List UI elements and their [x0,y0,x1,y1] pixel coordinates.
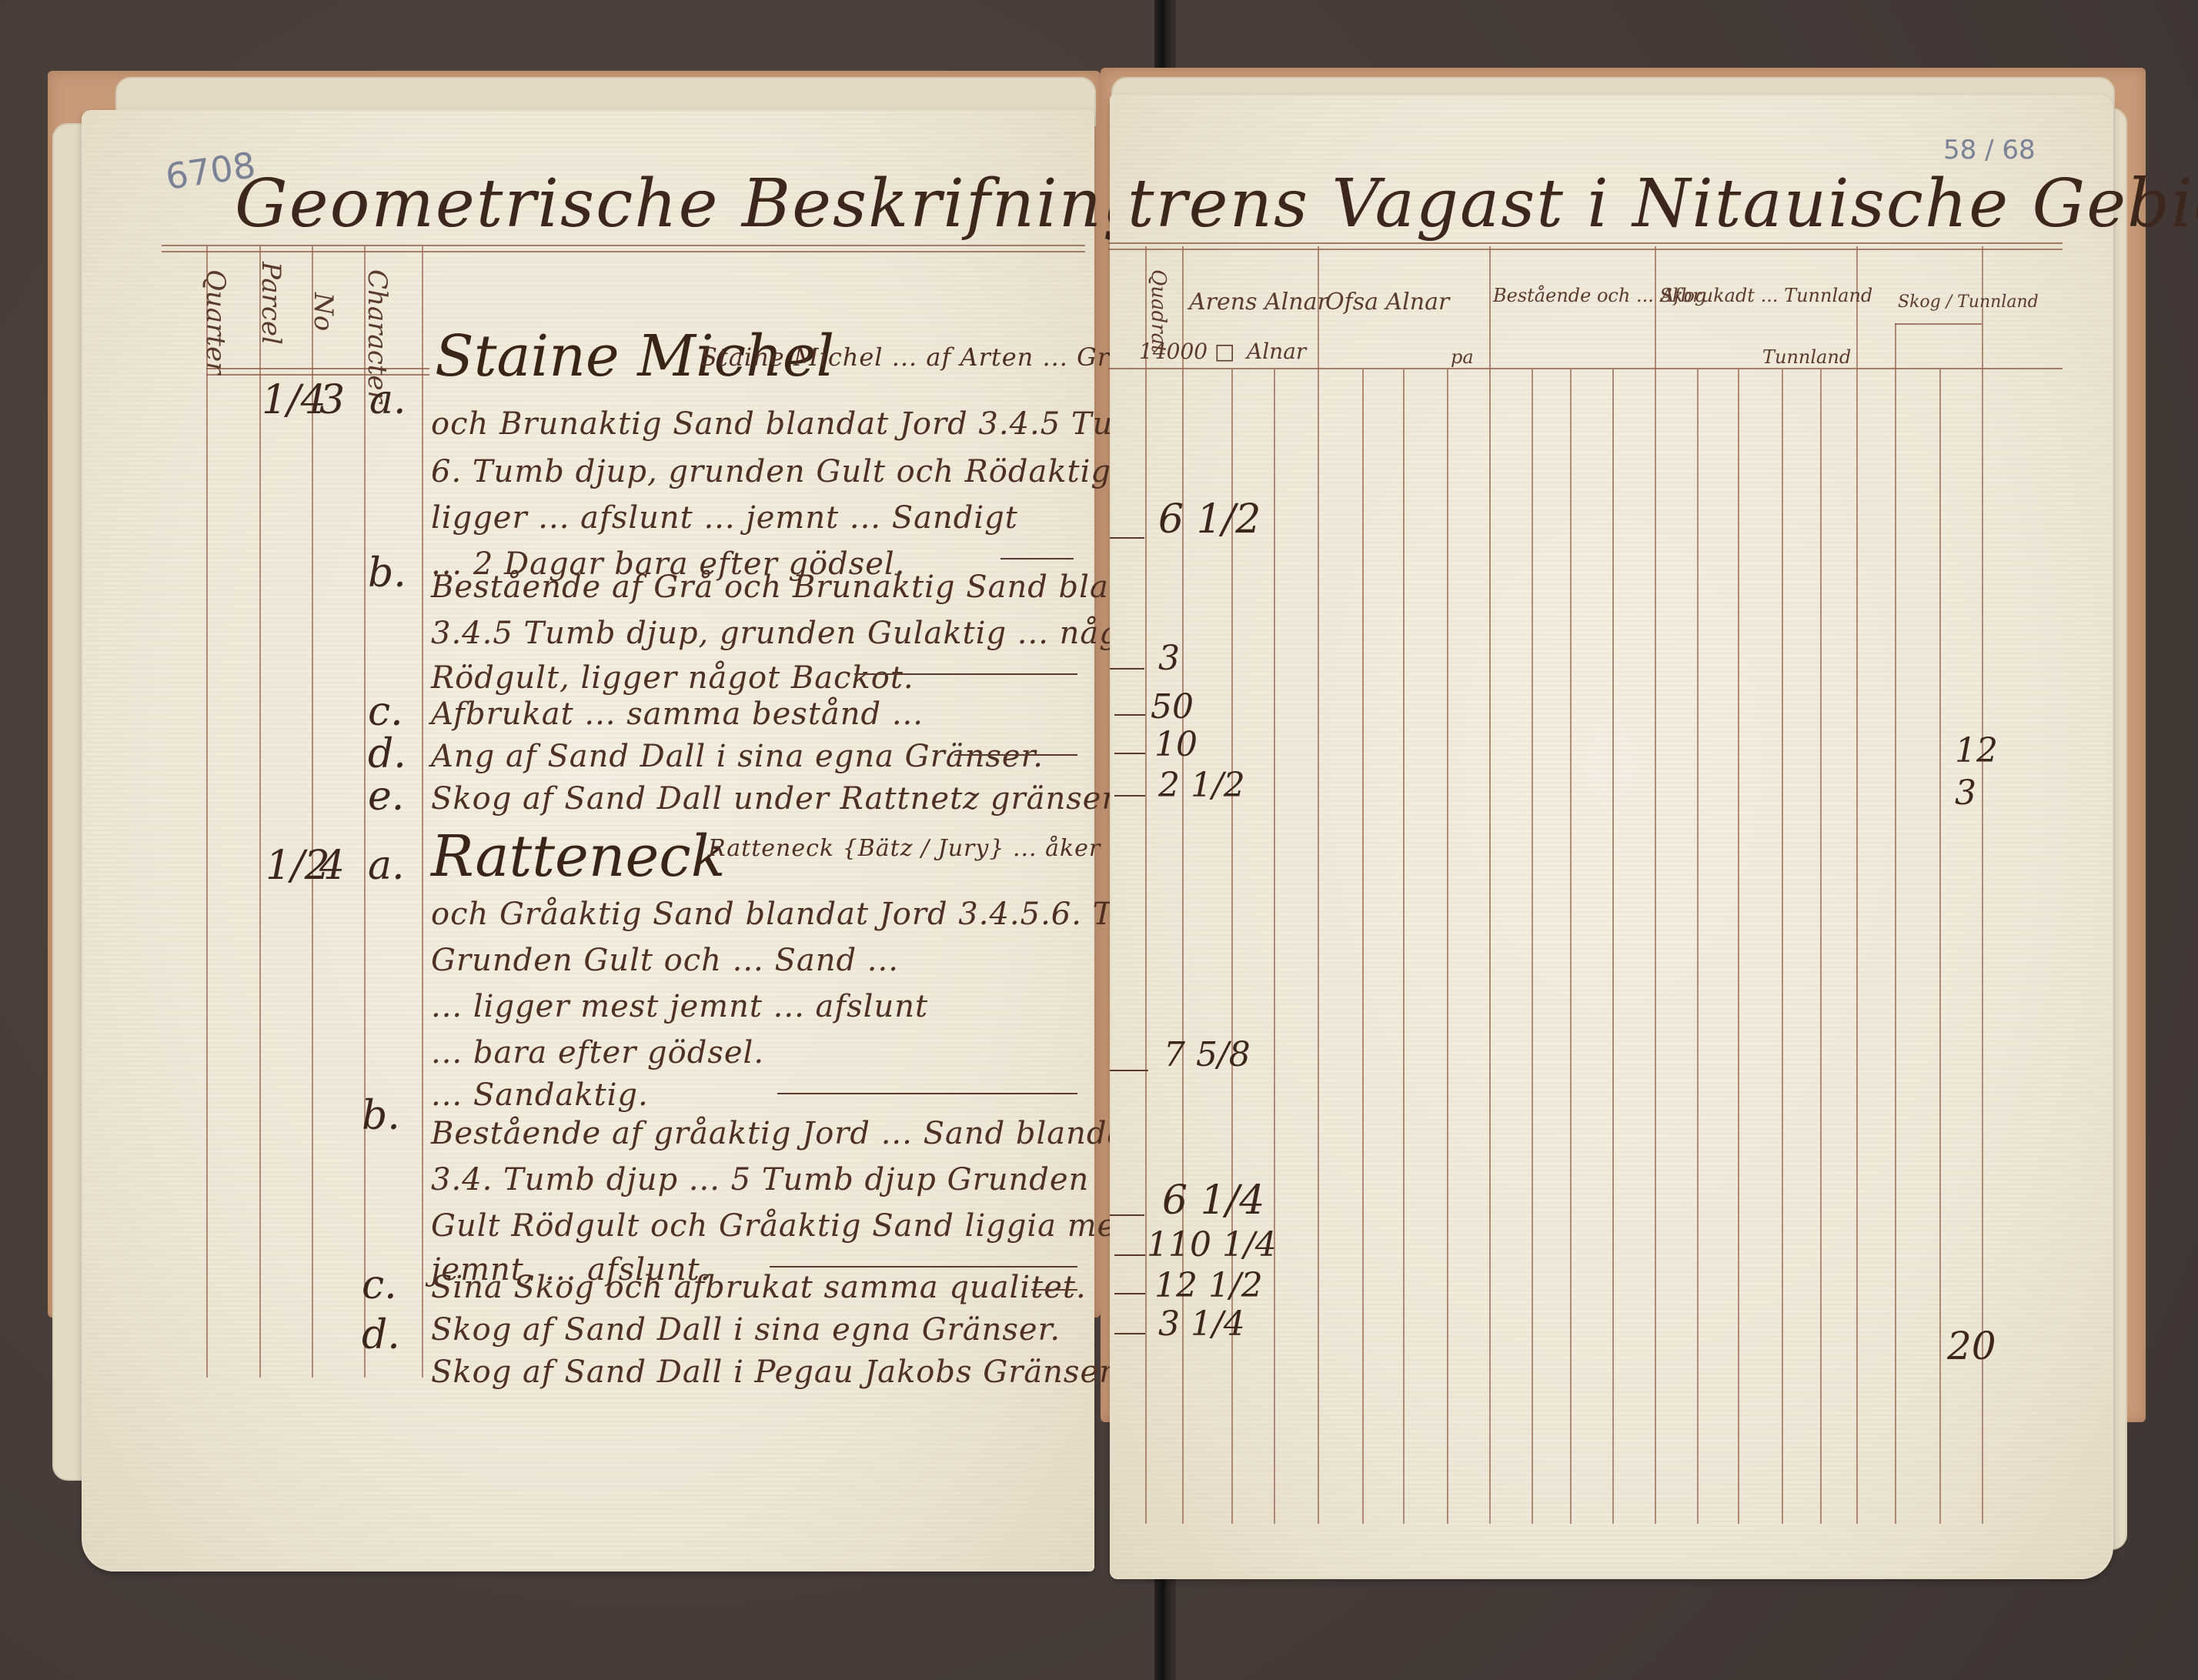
entry-line: Sina Skog och afbrukat samma qualitet. [431,1270,1087,1305]
area-value: 3 1/4 [1158,1304,1245,1344]
entry-letter: a. [369,377,406,423]
subheader-pa: pa [1451,346,1474,368]
col-header-no: No [308,292,339,331]
tick [1110,668,1144,670]
col-rule [1489,246,1491,1524]
col-rule [1403,369,1405,1524]
entry-line: ... ligger mest jemnt ... afslunt [431,989,928,1024]
col-rule [206,246,208,1378]
entry-line: Bestående af gråaktig Jord ... Sand blan… [431,1116,1139,1151]
entry-letter: c. [362,1262,397,1308]
line-filler [770,1266,1077,1268]
line-filler [1000,558,1074,559]
area-value: 6 1/2 [1158,496,1261,543]
area-value: 12 1/2 [1154,1266,1263,1305]
entry-letter: e. [368,773,404,820]
col-rule [259,246,261,1378]
col-rule [1570,369,1572,1524]
area-value: 10 [1154,725,1198,764]
col-rule [1612,369,1614,1524]
entry-line: Ratteneck {Bätz / Jury} ... åker ... [708,835,1133,862]
col-rule [1697,369,1699,1524]
col-rule [1820,369,1822,1524]
entry-line: ligger ... afslunt ... jemnt ... Sandigt [431,500,1018,536]
tick [1114,753,1145,754]
header-rule-left [206,374,429,376]
entry-letter: b. [362,1093,400,1139]
place-name: Ratteneck [431,823,726,890]
col-rule [1738,369,1739,1524]
col-rule [1895,323,1896,1524]
col-rule [422,246,423,1378]
entry-letter: b. [368,550,406,596]
area-value: 3 [1158,639,1180,678]
tick [1114,1293,1145,1294]
col-rule [1362,369,1364,1524]
header-rule-right [1108,368,2063,369]
col-header-arens-alnar: Arens Alnar [1189,289,1328,316]
col-rule [1939,369,1941,1524]
line-filler [1031,1289,1077,1291]
entry-number: 3 [319,377,345,423]
entry-line: 6. Tumb djup, grunden Gult och Rödaktig … [431,454,1204,489]
subheader-alnar: Alnar [1247,339,1306,364]
line-filler [954,754,1077,756]
entry-line: ... bara efter gödsel. [431,1035,764,1070]
entry-line: ... Sandaktig. [431,1077,649,1113]
header-rule-left [206,368,429,369]
subheader-quadrat-value: 14000 □ [1139,339,1234,364]
col-header-skog: Skog / Tunnland [1898,292,2039,312]
entry-line: 3.4. Tumb djup ... 5 Tumb djup Grunden [431,1162,1089,1197]
entry-line: Rödgult, ligger något Backot. [431,660,914,696]
entry-line: Ang af Sand Dall i sina egna Gränser. [431,739,1044,774]
col-rule [1231,369,1233,1524]
entry-line: Afbrukat ... samma bestånd ... [431,696,924,732]
col-header-parcel: Parcel [256,262,286,345]
tick [1114,795,1145,797]
entry-line: 3.4.5 Tumb djup, grunden Gulaktig ... nå… [431,616,1152,651]
entry-line: Grunden Gult och ... Sand ... [431,943,899,978]
entry-line: Gult Rödgult och Gråaktig Sand liggia me… [431,1208,1146,1244]
col-rule [1447,369,1448,1524]
area-value: 6 1/4 [1162,1177,1264,1224]
col-rule [1318,246,1319,1524]
col-rule [1532,369,1533,1524]
title-rule-left [162,245,1085,252]
col-rule [1856,246,1858,1524]
entry-line: Skog af Sand Dall under Rattnetz gränser… [431,781,1124,817]
skog-value: 12 [1955,731,1998,770]
tick [1114,714,1145,716]
entry-letter: d. [362,1312,400,1358]
col-rule [1274,369,1275,1524]
entry-line: Skog af Sand Dall i sina egna Gränser. [431,1312,1061,1348]
tick [1114,1333,1145,1334]
entry-line: Staine Michel ... af Arten ... Grå [700,342,1125,372]
entry-line: och Brunaktig Sand blandat Jord 3.4.5 Tu… [431,406,1143,442]
entry-letter: d. [368,731,406,777]
area-value: 110 1/4 [1147,1225,1277,1264]
col-header-ofsa-alnar: Ofsa Alnar [1325,289,1449,316]
area-value: 50 [1151,687,1194,726]
area-value: 2 1/2 [1158,766,1245,805]
tick [1110,537,1144,539]
skog-value: 3 [1955,773,1976,813]
tick [1110,1214,1144,1216]
entry-number: 4 [319,843,345,889]
line-filler [854,673,1077,675]
subheader-rule [1895,323,1982,325]
col-rule [1782,369,1783,1524]
area-value: 7 5/8 [1164,1035,1251,1074]
col-rule [1655,246,1656,1524]
subheader-tunnland: Tunnland [1762,346,1851,368]
folio-number-right: 58 / 68 [1943,135,2036,165]
col-header-quarter: Quarter [200,269,231,374]
skog-total-value: 20 [1947,1324,1996,1368]
col-rule [364,246,366,1378]
line-filler [777,1093,1077,1094]
title-rule-right [1108,242,2063,250]
entry-letter: a. [368,843,405,889]
tick [1110,1070,1148,1071]
tick [1114,1254,1145,1256]
title-right: trens Vagast i Nitauische Gebiet [1127,165,2198,242]
col-header-afbrukadt: Afbrukadt ... Tunnland [1661,285,1872,306]
entry-letter: c. [368,689,403,735]
entry-line: Skog af Sand Dall i Pegau Jakobs Gränser [431,1354,1114,1390]
col-rule [1145,246,1147,1524]
fraction-quarter: 1/4 [262,377,326,423]
